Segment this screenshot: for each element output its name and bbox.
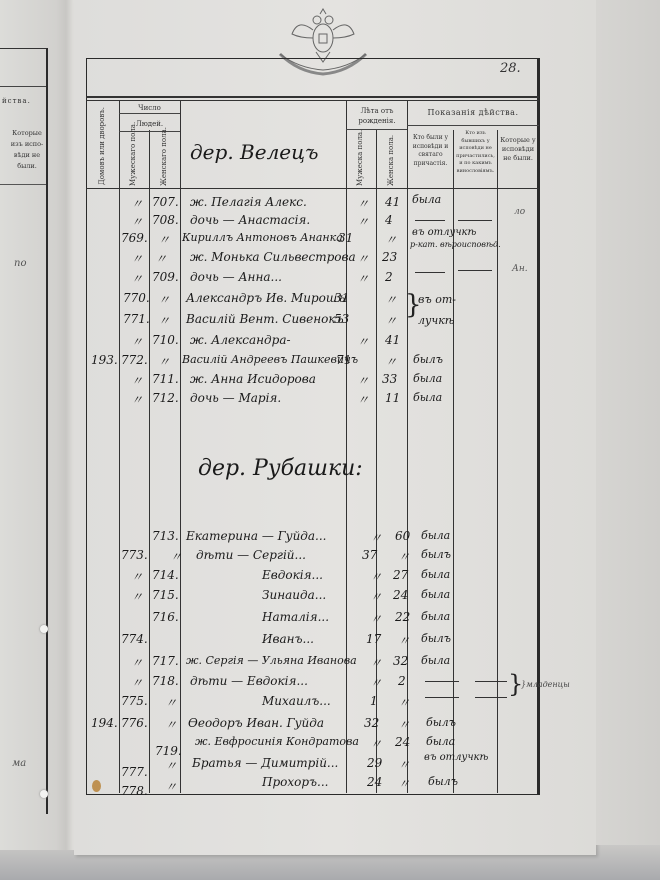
header-male: Мужескаго пола.: [129, 136, 137, 186]
female-number: 〃: [165, 778, 177, 795]
age-female: 23: [382, 250, 397, 264]
age-female: 〃: [385, 353, 397, 370]
age-female: 〃: [398, 548, 410, 565]
dash-mark: [425, 697, 459, 698]
person-name: ж. Монька Сильвестрова: [190, 250, 356, 264]
person-name: Василій Вент. Сивенокъ: [186, 312, 344, 326]
age-female: 〃: [398, 756, 410, 773]
confession-status: была: [421, 568, 450, 581]
female-number: 〃: [155, 250, 167, 267]
age-male: 29: [367, 756, 382, 770]
female-number: 〃: [158, 231, 170, 248]
confession-status: была: [421, 529, 450, 542]
dash-mark: [415, 272, 445, 273]
male-number: 775.: [121, 694, 148, 708]
header-age-male: Мужеска пола.: [356, 138, 364, 186]
person-name: Прохоръ...: [262, 775, 329, 789]
female-number: 〃: [165, 694, 177, 711]
age-female: 4: [385, 213, 393, 227]
age-male: 〃: [370, 674, 382, 691]
age-male: 31: [334, 291, 349, 305]
person-name: дочь — Анна...: [190, 270, 282, 284]
column-line: [149, 130, 150, 793]
divider: [86, 96, 539, 98]
person-name: Александръ Ив. Мирошъ: [186, 291, 345, 305]
village-heading: дер. Велецъ: [190, 140, 318, 164]
female-number: 〃: [158, 312, 170, 329]
age-male: 17: [366, 632, 381, 646]
age-male: 24: [367, 775, 382, 789]
age-male: 〃: [357, 270, 369, 287]
column-line: [180, 101, 181, 793]
age-male: 〃: [370, 654, 382, 671]
bracket-mark: }: [405, 290, 422, 320]
age-female: 〃: [398, 694, 410, 711]
female-number: 709.: [152, 270, 179, 284]
dash-mark: [425, 681, 459, 682]
confession-status: была: [421, 588, 450, 601]
female-number: 718.: [152, 674, 179, 688]
person-name: Өеодоръ Иван. Гуйда: [188, 716, 324, 730]
column-line: [407, 101, 408, 793]
person-name: дѣти — Евдокія...: [190, 674, 308, 688]
header-age: Лѣта отъ рожденія.: [347, 106, 407, 126]
person-name: Михаилъ...: [262, 694, 331, 708]
person-name: Наталія...: [262, 610, 329, 624]
village-heading: дер. Рубашки:: [198, 456, 363, 481]
header-divider: [86, 188, 539, 189]
header-age-female: Женска пола.: [387, 138, 395, 186]
age-female: 32: [393, 654, 408, 668]
column-line: [497, 130, 498, 793]
column-line: [119, 101, 120, 793]
age-female: 60: [395, 529, 410, 543]
margin-note: ло: [514, 207, 525, 217]
age-male: 〃: [370, 588, 382, 605]
age-female: 〃: [398, 632, 410, 649]
age-male: 1: [370, 694, 378, 708]
header-count: Число: [119, 103, 180, 113]
header-female: Женскаго пола.: [160, 136, 168, 186]
dash-mark: [475, 681, 507, 682]
confession-status: былъ: [428, 775, 458, 788]
male-number: 〃: [131, 195, 143, 212]
header-houses: Домовъ или дворовъ.: [98, 140, 106, 185]
age-female: 41: [385, 195, 400, 209]
age-female: 33: [382, 372, 397, 386]
female-number: 711.: [152, 372, 179, 386]
age-female: 24: [393, 588, 408, 602]
person-name: Евдокія...: [262, 568, 323, 582]
male-number: 769.: [121, 231, 148, 245]
confession-status: была: [413, 372, 442, 385]
person-name: ж. Сергія — Ульяна Иванова: [186, 654, 357, 667]
confession-note: р-кат. вѣроисповѣд.: [410, 240, 501, 249]
header-confession: Показанія дѣйства.: [407, 108, 539, 118]
header-conf-col3: Которые у исповѣди не были.: [498, 136, 538, 163]
left-page: йствa. Которые изъ испо-вѣди не были. по…: [0, 0, 70, 850]
left-header-fragment: йствa.: [2, 97, 31, 105]
age-female: 41: [385, 333, 400, 347]
age-male: 〃: [357, 333, 369, 350]
confession-status: была: [421, 610, 450, 623]
header-conf-col1: Кто были у исповѣди и святаго причастія.: [408, 134, 453, 168]
dash-mark: [458, 270, 492, 271]
dash-mark: [415, 220, 445, 221]
divider: [407, 125, 539, 126]
column-line: [346, 101, 347, 793]
age-female: 27: [393, 568, 408, 582]
female-number: 715.: [152, 588, 179, 602]
person-name: Василій Андреевъ Пашкевичъ: [182, 353, 358, 366]
female-number: 714.: [152, 568, 179, 582]
divider: [119, 113, 180, 114]
female-number: 〃: [165, 716, 177, 733]
confession-status: была: [421, 654, 450, 667]
age-male: 53: [334, 312, 349, 326]
male-number: 〃: [131, 391, 143, 408]
male-number: 777.: [121, 765, 148, 779]
age-male: 71: [336, 353, 351, 367]
age-male: 31: [338, 231, 353, 245]
person-name: Екатерина — Гуйда...: [186, 529, 327, 543]
female-number: 719.: [155, 744, 182, 758]
female-number: 707.: [152, 195, 179, 209]
binding-hole: [40, 625, 48, 633]
confession-status: былъ: [413, 353, 443, 366]
left-margin-note: по: [14, 258, 26, 269]
next-page-edge: [596, 0, 660, 845]
house-number: 193.: [91, 353, 118, 367]
male-number: 〃: [131, 674, 143, 691]
female-number: 〃: [165, 757, 177, 774]
male-number: 776.: [121, 716, 148, 730]
person-name: дочь — Марія.: [190, 391, 281, 405]
divider: [0, 86, 46, 87]
age-female: 〃: [398, 716, 410, 733]
age-male: 〃: [370, 735, 382, 752]
age-male: 〃: [357, 195, 369, 212]
male-number: 778.: [121, 784, 148, 798]
person-name: ж. Пелагія Алекс.: [190, 195, 307, 209]
female-number: 713.: [152, 529, 179, 543]
house-number: 194.: [91, 716, 118, 730]
female-number: 〃: [158, 291, 170, 308]
male-number: 770.: [123, 291, 150, 305]
confession-status: была: [413, 391, 442, 404]
age-male: 〃: [357, 250, 369, 267]
female-number: 〃: [170, 548, 182, 565]
age-female: 24: [395, 735, 410, 749]
age-female: 〃: [385, 312, 397, 329]
age-male: 〃: [370, 529, 382, 546]
male-number: 773.: [121, 548, 148, 562]
male-number: 〃: [131, 654, 143, 671]
age-female: 〃: [398, 775, 410, 792]
female-number: 〃: [158, 353, 170, 370]
female-number: 717.: [152, 654, 179, 668]
confession-status: былъ: [426, 716, 456, 729]
header-conf-col2: Кто изъ бывшихъ у исповѣди не причастили…: [454, 130, 497, 175]
person-name: ж. Анна Исидорова: [190, 372, 316, 386]
confession-status: былъ: [421, 548, 451, 561]
margin-note: Ан.: [512, 264, 528, 274]
age-male: 〃: [357, 391, 369, 408]
female-number: 712.: [152, 391, 179, 405]
age-female: 2: [398, 674, 406, 688]
age-female: 11: [385, 391, 400, 405]
person-name: дочь — Анастасія.: [190, 213, 310, 227]
male-number: 771.: [123, 312, 150, 326]
left-margin-note: ма: [12, 758, 26, 769]
confession-status: была: [412, 193, 441, 206]
age-male: 〃: [370, 610, 382, 627]
age-female: 〃: [385, 231, 397, 248]
person-name: дѣти — Сергій...: [196, 548, 306, 562]
age-female: 22: [395, 610, 410, 624]
divider: [0, 184, 46, 185]
age-male: 〃: [370, 568, 382, 585]
age-male: 〃: [357, 372, 369, 389]
person-name: Кириллъ Антоновъ Ананка: [182, 231, 343, 244]
binding-hole: [40, 790, 48, 798]
male-number: 〃: [131, 270, 143, 287]
age-male: 32: [364, 716, 379, 730]
confession-status: былъ: [421, 632, 451, 645]
male-number: 〃: [131, 250, 143, 267]
paper-stain: [92, 780, 101, 792]
divider: [86, 100, 539, 101]
confession-status: въ отлучкѣ: [412, 227, 476, 238]
male-number: 774.: [121, 632, 148, 646]
male-number: 772.: [121, 353, 148, 367]
dash-mark: [458, 220, 492, 221]
male-number: 〃: [131, 588, 143, 605]
person-name: ж. Александра-: [190, 333, 291, 347]
male-number: 〃: [131, 213, 143, 230]
age-male: 〃: [357, 213, 369, 230]
confession-status: въ от-: [418, 293, 456, 306]
age-male: 37: [362, 548, 377, 562]
person-name: Иванъ...: [262, 632, 314, 646]
margin-note: }младенцы: [521, 680, 570, 689]
person-name: ж. Евфросинія Кондратова: [195, 735, 359, 748]
male-number: 〃: [131, 333, 143, 350]
female-number: 708.: [152, 213, 179, 227]
confession-status: лучкѣ: [418, 314, 455, 327]
female-number: 710.: [152, 333, 179, 347]
left-column-header: Которые изъ испо-вѣди не были.: [8, 128, 46, 172]
male-number: 〃: [131, 372, 143, 389]
female-number: 716.: [152, 610, 179, 624]
person-name: Зинаида...: [262, 588, 326, 602]
male-number: 〃: [131, 568, 143, 585]
dash-mark: [475, 697, 507, 698]
age-female: 2: [385, 270, 393, 284]
age-female: 〃: [385, 291, 397, 308]
confession-status: была: [426, 735, 455, 748]
confession-status: въ отлучкѣ: [424, 752, 488, 763]
person-name: Братья — Димитрій...: [192, 756, 338, 770]
